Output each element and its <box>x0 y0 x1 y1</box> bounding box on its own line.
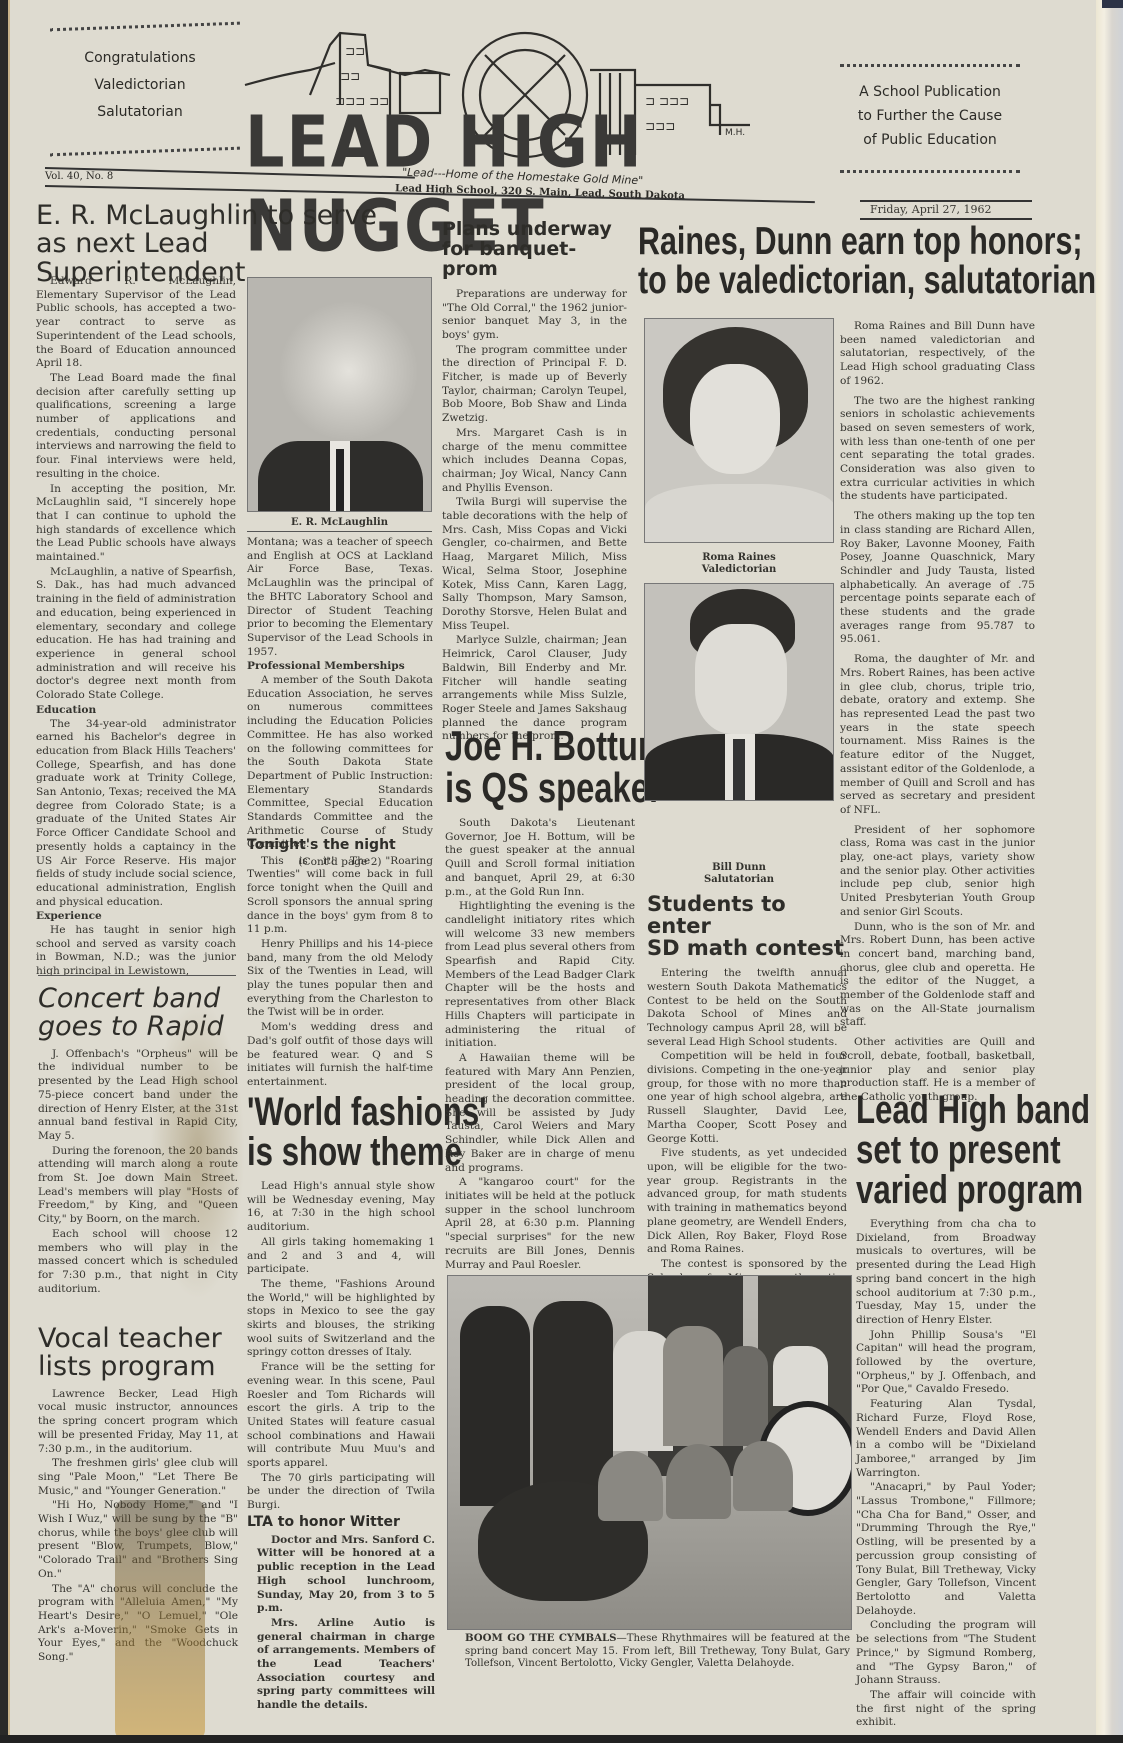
headline: LTA to honor Witter <box>247 1515 435 1530</box>
congrats-line: Salutatorian <box>50 99 230 126</box>
paragraph: Hightlighting the evening is the candlel… <box>445 900 635 1051</box>
paragraph: The others making up the top ten in clas… <box>840 510 1035 647</box>
paragraph: Doctor and Mrs. Sanford C. Witter will b… <box>257 1534 435 1616</box>
paragraph: Five students, as yet undecided upon, wi… <box>647 1147 847 1257</box>
article-world-fashions: 'World fashions' is show theme Lead High… <box>247 1092 435 1514</box>
paragraph: Mrs. Margaret Cash is in charge of the m… <box>442 427 627 496</box>
photo-caption: Bill Dunn Salutatorian <box>644 862 834 886</box>
caption-title: Salutatorian <box>644 874 834 886</box>
headline: 'World fashions' <box>247 1092 394 1132</box>
paragraph: The program committee under the directio… <box>442 344 627 426</box>
article-bottum: Joe H. Bottum is QS speaker South Dakota… <box>445 725 635 1273</box>
headline: Students to enter <box>647 893 847 937</box>
headline: E. R. McLaughlin to serve <box>36 202 426 230</box>
caption-lead: BOOM GO THE CYMBALS <box>465 1632 617 1644</box>
photo-bill-dunn <box>644 583 834 801</box>
paragraph: Concluding the program will be selection… <box>856 1619 1036 1688</box>
tom-drum-shape <box>733 1441 793 1511</box>
decorative-rule <box>840 64 1020 68</box>
paragraph: Featuring Alan Tysdal, Richard Furze, Fl… <box>856 1398 1036 1480</box>
paragraph: Mom's wedding dress and Dad's golf outfi… <box>247 1021 433 1090</box>
tagline-line: A School Publication <box>840 80 1020 104</box>
paragraph: In accepting the position, Mr. McLaughli… <box>36 483 236 565</box>
paragraph: "Hi Ho, Nobody Home," and "I Wish I Wuz,… <box>38 1499 238 1581</box>
person-shape <box>663 1326 723 1446</box>
paragraph: McLaughlin, a native of Spearfish, S. Da… <box>36 566 236 703</box>
paragraph: Twila Burgi will supervise the table dec… <box>442 496 627 633</box>
decorative-rule <box>50 147 240 158</box>
headline: for banquet-prom <box>442 240 627 280</box>
paragraph: President of her sophomore class, Roma w… <box>840 824 1035 920</box>
paragraph: All girls taking homemaking 1 and 2 and … <box>247 1236 435 1277</box>
subhead: Experience <box>36 910 236 924</box>
tagline-line: of Public Education <box>840 128 1020 152</box>
mclaughlin-col1: Edward R. McLaughlin, Elementary Supervi… <box>36 275 236 980</box>
honors-body: Roma Raines and Bill Dunn have been name… <box>840 320 1035 1106</box>
divider <box>247 531 432 532</box>
paragraph: A member of the South Dakota Education A… <box>247 674 433 852</box>
newspaper-page: Congratulations Valedictorian Salutatori… <box>8 0 1096 1743</box>
photo-caption-rhythmaires: BOOM GO THE CYMBALS—These Rhythmaires wi… <box>465 1632 850 1671</box>
paragraph: South Dakota's Lieutenant Governor, Joe … <box>445 817 635 899</box>
photo-mclaughlin <box>247 277 432 512</box>
headline: is show theme <box>247 1132 394 1172</box>
headline: goes to Rapid <box>38 1013 238 1041</box>
decorative-rule <box>50 22 240 33</box>
paragraph: The 70 girls participating will be under… <box>247 1472 435 1513</box>
tom-drum-shape <box>666 1444 731 1519</box>
headline: varied program <box>856 1170 996 1210</box>
person-shape <box>460 1306 530 1506</box>
face-shape <box>695 624 787 734</box>
paragraph: Lead High's annual style show will be We… <box>247 1180 435 1235</box>
page-edge <box>1096 0 1123 1743</box>
paragraph: The Lead Board made the final decision a… <box>36 372 236 482</box>
paragraph: The 34-year-old administrator earned his… <box>36 718 236 910</box>
article-banquet-prom: Plans underway for banquet-prom Preparat… <box>442 220 627 745</box>
headline: Joe H. Bottum <box>445 725 593 767</box>
paragraph: The "A" chorus will conclude the program… <box>38 1583 238 1665</box>
paragraph: Dunn, who is the son of Mr. and Mrs. Rob… <box>840 921 1035 1031</box>
photo-caption: Roma Raines Valedictorian <box>644 552 834 576</box>
article-lead-high-band: Lead High band set to present varied pro… <box>856 1090 1036 1731</box>
paragraph: The affair will coincide with the first … <box>856 1689 1036 1730</box>
tie-shape <box>733 739 745 801</box>
paragraph: Each school will choose 12 members who w… <box>38 1228 238 1297</box>
headline: Concert band <box>38 985 238 1013</box>
issue-date: Friday, April 27, 1962 <box>870 203 992 216</box>
article-concert-band: Concert band goes to Rapid J. Offenbach'… <box>38 985 238 1297</box>
paragraph: Roma Raines and Bill Dunn have been name… <box>840 320 1035 389</box>
photo-rhythmaires <box>447 1275 852 1630</box>
caption-name: Roma Raines <box>644 552 834 564</box>
mclaughlin-col2: Montana; was a teacher of speech and Eng… <box>247 536 433 870</box>
paragraph: Edward R. McLaughlin, Elementary Supervi… <box>36 275 236 371</box>
paragraph: A "kangaroo court" for the initiates wil… <box>445 1176 635 1272</box>
publication-tagline: A School Publication to Further the Caus… <box>840 80 1020 152</box>
article-honors: Raines, Dunn earn top honors; to be vale… <box>638 222 1038 300</box>
divider <box>38 975 236 976</box>
paragraph: The freshmen girls' glee club will sing … <box>38 1457 238 1498</box>
headline: is QS speaker <box>445 767 593 809</box>
paragraph: The two are the highest ranking seniors … <box>840 395 1035 505</box>
article-lta: LTA to honor Witter Doctor and Mrs. Sanf… <box>247 1515 435 1714</box>
headline: lists program <box>38 1353 238 1381</box>
paragraph: Preparations are underway for "The Old C… <box>442 288 627 343</box>
article-math-contest: Students to enter SD math contest Enteri… <box>647 893 847 1300</box>
paragraph: France will be the setting for evening w… <box>247 1361 435 1471</box>
paragraph: He has taught in senior high school and … <box>36 924 236 979</box>
headline: Raines, Dunn earn top honors; <box>638 222 950 261</box>
headline: Tonight's the night <box>247 838 433 853</box>
congrats-line: Congratulations <box>50 45 230 72</box>
volume-number: Vol. 40, No. 8 <box>45 171 113 182</box>
paragraph: Montana; was a teacher of speech and Eng… <box>247 536 433 659</box>
congrats-line: Valedictorian <box>50 72 230 99</box>
tagline-line: to Further the Cause <box>840 104 1020 128</box>
caption-title: Valedictorian <box>644 564 834 576</box>
person-shape <box>773 1346 828 1406</box>
page-edge-corner <box>1102 0 1123 8</box>
paragraph: Entering the twelfth annual western Sout… <box>647 967 847 1049</box>
paragraph: Roma, the daughter of Mr. and Mrs. Rober… <box>840 653 1035 817</box>
tie-shape <box>336 449 344 511</box>
paragraph: Lawrence Becker, Lead High vocal music i… <box>38 1388 238 1457</box>
person-shape <box>723 1346 768 1446</box>
paragraph: Henry Phillips and his 14-piece band, ma… <box>247 938 433 1020</box>
masthead-rule <box>860 200 1032 202</box>
paragraph: A Hawaiian theme will be featured with M… <box>445 1052 635 1175</box>
headline: set to present <box>856 1130 996 1170</box>
congrats-box: Congratulations Valedictorian Salutatori… <box>50 45 230 126</box>
photo-roma-raines <box>644 318 834 543</box>
shoulders-shape <box>645 484 834 543</box>
paragraph: John Phillip Sousa's "El Capitan" will h… <box>856 1329 1036 1398</box>
headline: to be valedictorian, salutatorian <box>638 261 950 300</box>
paragraph: Everything from cha cha to Dixieland, fr… <box>856 1218 1036 1328</box>
headline: Vocal teacher <box>38 1325 238 1353</box>
subhead: Professional Memberships <box>247 660 433 674</box>
headline: Lead High band <box>856 1090 996 1130</box>
paragraph: This is it! The "Roaring Twenties" will … <box>247 855 433 937</box>
paragraph: J. Offenbach's "Orpheus" will be the ind… <box>38 1048 238 1144</box>
headline: Plans underway <box>442 220 627 240</box>
face-shape <box>690 364 780 474</box>
decorative-rule <box>840 170 1020 174</box>
svg-text:⊐⊐: ⊐⊐ <box>340 69 360 83</box>
paragraph: The theme, "Fashions Around the World," … <box>247 1278 435 1360</box>
photo-caption: E. R. McLaughlin <box>247 517 432 529</box>
subhead: Education <box>36 704 236 718</box>
paragraph: Competition will be held in four divisio… <box>647 1050 847 1146</box>
article-tonight: Tonight's the night This is it! The "Roa… <box>247 838 433 1091</box>
masthead: Congratulations Valedictorian Salutatori… <box>10 0 1098 210</box>
page-bottom-edge <box>0 1735 1123 1743</box>
paragraph: During the forenoon, the 20 bands attend… <box>38 1145 238 1227</box>
svg-text:⊐⊐: ⊐⊐ <box>345 44 365 58</box>
paragraph: Mrs. Arline Autio is general chairman in… <box>257 1617 435 1713</box>
article-vocal-teacher: Vocal teacher lists program Lawrence Bec… <box>38 1325 238 1666</box>
tom-drum-shape <box>598 1451 663 1521</box>
caption-name: Bill Dunn <box>644 862 834 874</box>
paragraph: "Anacapri," by Paul Yoder; "Lassus Tromb… <box>856 1481 1036 1618</box>
headline: SD math contest <box>647 937 847 959</box>
